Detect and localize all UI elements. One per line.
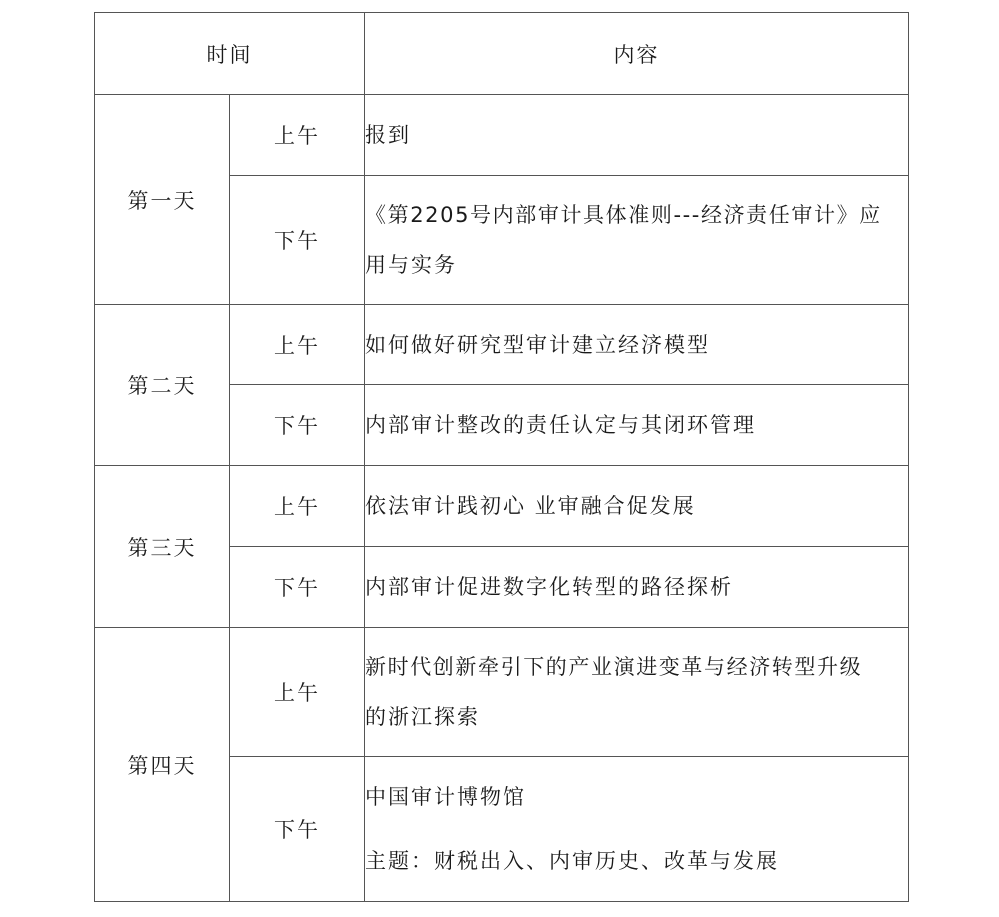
table-row: 第一天 上午 报到	[95, 95, 909, 176]
header-time: 时间	[95, 13, 365, 95]
content-line: 主题：财税出入、内审历史、改革与发展	[365, 836, 908, 886]
content-line: 依法审计践初心 业审融合促发展	[365, 481, 908, 531]
header-row: 时间 内容	[95, 13, 909, 95]
period-label: 下午	[230, 547, 365, 628]
period-label: 上午	[230, 305, 365, 385]
period-label: 上午	[230, 95, 365, 176]
session-content: 《第2205号内部审计具体准则---经济责任审计》应 用与实务	[365, 176, 909, 305]
content-line: 用与实务	[365, 240, 908, 290]
content-line: 《第2205号内部审计具体准则---经济责任审计》应	[365, 190, 908, 240]
table-row: 第三天 上午 依法审计践初心 业审融合促发展	[95, 466, 909, 547]
session-content: 新时代创新牵引下的产业演进变革与经济转型升级 的浙江探索	[365, 628, 909, 757]
content-line: 内部审计促进数字化转型的路径探析	[365, 562, 908, 612]
day-label: 第三天	[95, 466, 230, 628]
day-label: 第一天	[95, 95, 230, 305]
table-row: 第二天 上午 如何做好研究型审计建立经济模型	[95, 305, 909, 385]
period-label: 上午	[230, 466, 365, 547]
content-line: 新时代创新牵引下的产业演进变革与经济转型升级	[365, 642, 908, 692]
content-line: 中国审计博物馆	[365, 772, 908, 822]
content-line: 的浙江探索	[365, 692, 908, 742]
content-line: 报到	[365, 110, 908, 160]
header-content: 内容	[365, 13, 909, 95]
session-content: 报到	[365, 95, 909, 176]
session-content: 如何做好研究型审计建立经济模型	[365, 305, 909, 385]
session-content: 中国审计博物馆 主题：财税出入、内审历史、改革与发展	[365, 757, 909, 902]
day-label: 第四天	[95, 628, 230, 902]
period-label: 下午	[230, 757, 365, 902]
session-content: 内部审计整改的责任认定与其闭环管理	[365, 385, 909, 466]
day-label: 第二天	[95, 305, 230, 466]
period-label: 下午	[230, 176, 365, 305]
period-label: 上午	[230, 628, 365, 757]
content-line: 内部审计整改的责任认定与其闭环管理	[365, 400, 908, 450]
content-line: 如何做好研究型审计建立经济模型	[365, 320, 908, 370]
schedule-table: 时间 内容 第一天 上午 报到 下午 《第2205号内部审计具体准则---经济责…	[94, 12, 909, 902]
session-content: 依法审计践初心 业审融合促发展	[365, 466, 909, 547]
table-row: 第四天 上午 新时代创新牵引下的产业演进变革与经济转型升级 的浙江探索	[95, 628, 909, 757]
session-content: 内部审计促进数字化转型的路径探析	[365, 547, 909, 628]
period-label: 下午	[230, 385, 365, 466]
